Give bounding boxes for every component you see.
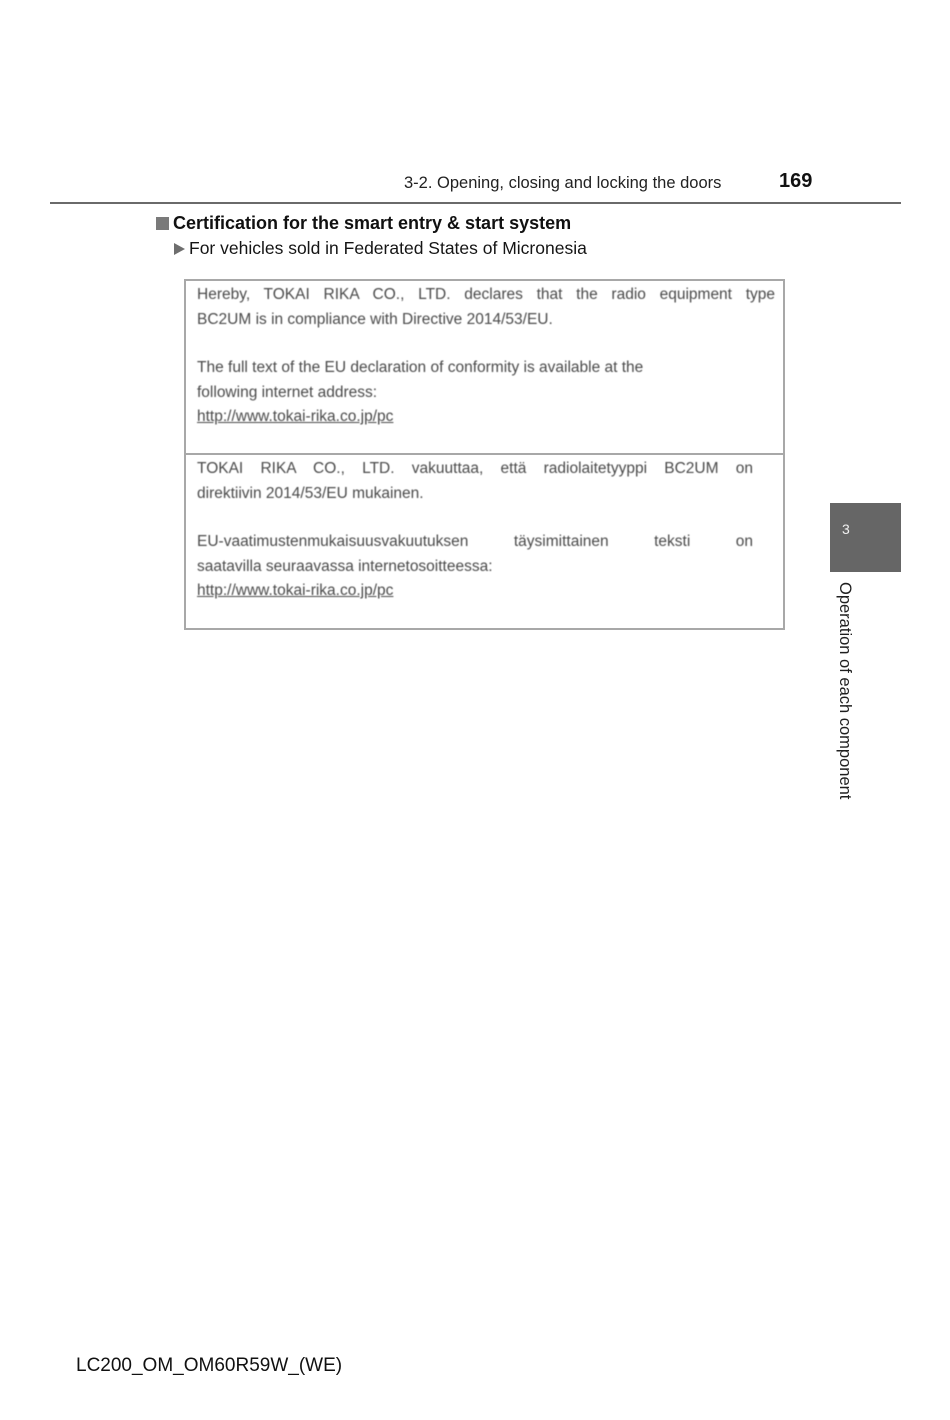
header-rule (50, 202, 901, 204)
declaration-finnish: TOKAI RIKA CO., LTD. vakuuttaa, että rad… (186, 457, 783, 628)
chapter-tab[interactable]: 3 (830, 503, 901, 572)
declaration-fi-link[interactable]: http://www.tokai-rika.co.jp/pc (197, 582, 393, 599)
declaration-en-line: Hereby, TOKAI RIKA CO., LTD. declares th… (197, 283, 783, 308)
header-section-title: 3-2. Opening, closing and locking the do… (404, 174, 721, 193)
declaration-fi-line: saatavilla seuraavassa internetosoittees… (197, 555, 783, 580)
declaration-en-line: BC2UM is in compliance with Directive 20… (197, 308, 783, 333)
declaration-box: Hereby, TOKAI RIKA CO., LTD. declares th… (184, 279, 785, 630)
declaration-fi-line: TOKAI RIKA CO., LTD. vakuuttaa, että rad… (197, 457, 783, 482)
section-heading: Certification for the smart entry & star… (156, 213, 571, 234)
spacer (197, 332, 783, 356)
page-number: 169 (779, 170, 812, 193)
sub-heading: For vehicles sold in Federated States of… (174, 238, 587, 259)
triangle-bullet-icon (174, 243, 185, 255)
chapter-title: Operation of each component (835, 582, 854, 799)
spacer (197, 506, 783, 530)
declaration-divider (186, 453, 783, 455)
chapter-number: 3 (842, 521, 850, 537)
declaration-fi-line: direktiivin 2014/53/EU mukainen. (197, 482, 783, 507)
sub-heading-text: For vehicles sold in Federated States of… (189, 238, 587, 259)
declaration-fi-line: EU-vaatimustenmukaisuusvakuutuksen täysi… (197, 530, 783, 555)
section-heading-text: Certification for the smart entry & star… (173, 213, 571, 234)
square-bullet-icon (156, 217, 169, 230)
footer-document-code: LC200_OM_OM60R59W_(WE) (76, 1355, 342, 1377)
declaration-english: Hereby, TOKAI RIKA CO., LTD. declares th… (186, 283, 783, 455)
declaration-en-line: following internet address: (197, 381, 783, 406)
declaration-en-line: The full text of the EU declaration of c… (197, 356, 783, 381)
declaration-en-link[interactable]: http://www.tokai-rika.co.jp/pc (197, 408, 393, 425)
